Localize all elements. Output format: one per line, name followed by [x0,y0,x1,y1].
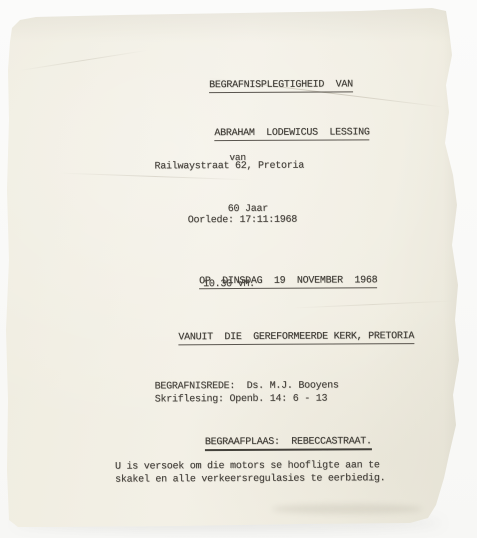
notice-line-2: skakel en alle verkeersregulasies te eer… [115,473,385,485]
deceased-name: ABRAHAM LODEWICUS LESSING [168,116,369,150]
scan-background: BEGRAFNISPLEGTIGHEID VAN ABRAHAM LODEWIC… [0,0,477,538]
venue-heading: VANUIT DIE GEREFORMEERDE KERK, PRETORIA [132,320,414,354]
address-line: Railwaystraat 62, Pretoria [154,161,304,173]
scripture-line: Skriflesing: Openb. 14: 6 - 13 [155,394,328,406]
venue-text: VANUIT DIE GEREFORMEERDE KERK, PRETORIA [178,331,414,345]
sermon-line: BEGRAFNISREDE: Ds. M.J. Booyens [155,380,339,392]
document-title: BEGRAFNISPLEGTIGHEID VAN [163,68,353,102]
document-title-text: BEGRAFNISPLEGTIGHEID VAN [209,79,353,93]
funeral-date-heading: OP DINSDAG 19 NOVEMBER 1968 [153,264,377,298]
typewritten-text: BEGRAFNISPLEGTIGHEID VAN ABRAHAM LODEWIC… [0,0,477,538]
paper-sheet: BEGRAFNISPLEGTIGHEID VAN ABRAHAM LODEWIC… [0,0,477,538]
notice-line-1: U is versoek om die motors se hoofligte … [115,460,380,472]
cemetery-text: BEGRAAFPLAAS: REBECCASTRAAT. [205,436,372,451]
age-line: 60 Jaar [228,204,268,215]
funeral-time-line: 10.30 VM. [203,279,255,290]
death-date-line: Oorlede: 17:11:1968 [188,215,297,227]
cemetery-heading: BEGRAAFPLAAS: REBECCASTRAAT. [159,425,372,459]
deceased-name-text: ABRAHAM LODEWICUS LESSING [214,127,369,141]
